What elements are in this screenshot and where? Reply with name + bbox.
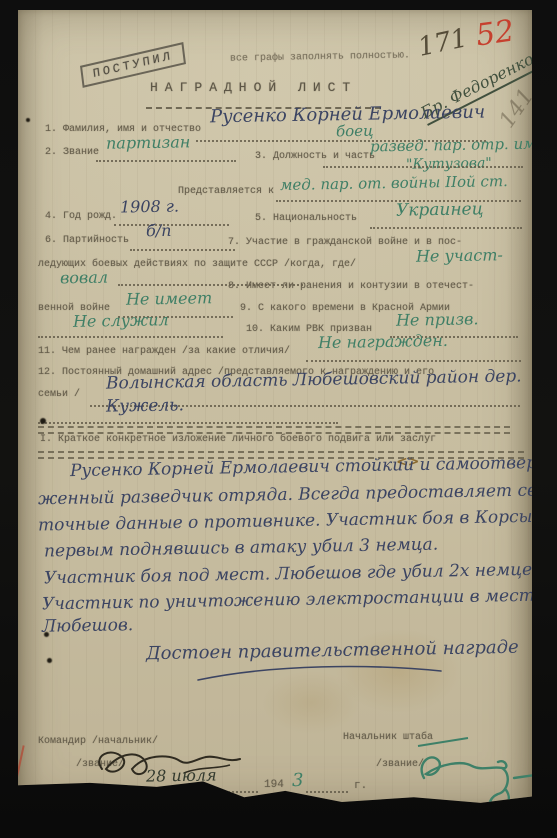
fill-all-fields-note: все графы заполнять полностью.: [230, 50, 410, 64]
field-address-label-2: семьи /: [38, 389, 80, 400]
field-party-label: 6. Партийность: [45, 235, 129, 246]
leader-dots: [323, 164, 523, 168]
field-rvk-value: Не призв.: [396, 309, 479, 329]
section-divider-top: [38, 426, 510, 434]
field-birth-year-value: 1908 г.: [120, 196, 179, 216]
leader-dots: [130, 247, 235, 251]
field-civil-war-value-2: вовал: [60, 268, 108, 288]
citation-line: точные данные о противнике. Участник боя…: [38, 506, 532, 535]
field-red-army-value: Не служил: [73, 310, 169, 331]
field-nationality-value: Украинец: [396, 199, 484, 221]
leader-dots: [306, 789, 348, 793]
leader-dots: [306, 358, 521, 362]
citation-line: первым поднявшись в атаку убил 3 немца.: [44, 535, 438, 562]
leader-dots: [370, 225, 522, 229]
citation-conclusion: Достоен правительственной награде: [146, 637, 519, 665]
leader-dots: [38, 334, 223, 338]
scanned-award-sheet: 171 52 ПОСТУПИЛ все графы заполнять полн…: [0, 0, 557, 838]
field-civil-war-value-1: Не участ-: [416, 245, 503, 266]
document-title: НАГРАДНОЙ ЛИСТ: [150, 80, 357, 95]
date-suffix: г.: [354, 780, 367, 792]
field-prior-awards-label: 11. Чем ранее награжден /за какие отличи…: [38, 346, 290, 357]
citation-line: Участник по уничтожению электростанции в…: [42, 586, 532, 615]
field-duty-value-1: боец: [336, 122, 374, 141]
leader-dots: [140, 789, 258, 793]
leader-dots: [114, 222, 229, 226]
nominated-for-value: мед. пар. от. войны IIой ст.: [280, 172, 508, 194]
red-edge-mark: [18, 745, 25, 789]
date-year-typed: 194: [264, 779, 284, 791]
chief-of-staff-signature: [410, 736, 532, 806]
field-duty-value-2: развед. пар. отр. им: [370, 135, 532, 156]
hole-punch-mark: [47, 658, 52, 663]
field-duty-label: 3. Должность и часть: [255, 151, 375, 162]
page-number-red-pencil: 52: [474, 14, 517, 54]
nominated-for-label: Представляется к: [178, 186, 274, 197]
leader-dots: [38, 420, 338, 424]
field-nationality-label: 5. Национальность: [255, 213, 357, 224]
field-address-value-2: Кужель.: [106, 395, 184, 416]
field-rank-value: партизан: [106, 132, 191, 152]
field-rank-label: 2. Звание: [45, 147, 99, 158]
field-prior-awards-value: Не награжден.: [318, 331, 448, 352]
date-year-handwritten: 3: [292, 770, 304, 791]
field-party-value: б/п: [146, 221, 172, 240]
document-paper: 171 52 ПОСТУПИЛ все графы заполнять полн…: [18, 10, 532, 806]
field-wounds-value: Не имеет: [126, 288, 213, 309]
hole-punch-mark: [44, 632, 49, 637]
flourish-underline: [193, 662, 448, 684]
field-wounds-label-1: 8. Имеет ли ранения и контузии в отечест…: [228, 281, 474, 292]
citation-line: Участник боя под мест. Любешов где убил …: [44, 560, 532, 589]
leader-dots: [96, 158, 236, 162]
date-day-month: 28 июля: [146, 765, 217, 785]
citation-line: Любешов.: [42, 615, 134, 637]
citation-line: женный разведчик отряда. Всегда предоста…: [38, 479, 532, 510]
paper-speck: [26, 118, 30, 122]
citation-heading: I. Краткое конкретное изложение личного …: [40, 434, 436, 445]
page-number-pencil-faint: 141: [495, 84, 532, 133]
hole-punch-mark: [40, 418, 46, 424]
page-number-pencil: 171: [415, 23, 470, 63]
field-birth-year-label: 4. Год рожд.: [45, 211, 117, 222]
